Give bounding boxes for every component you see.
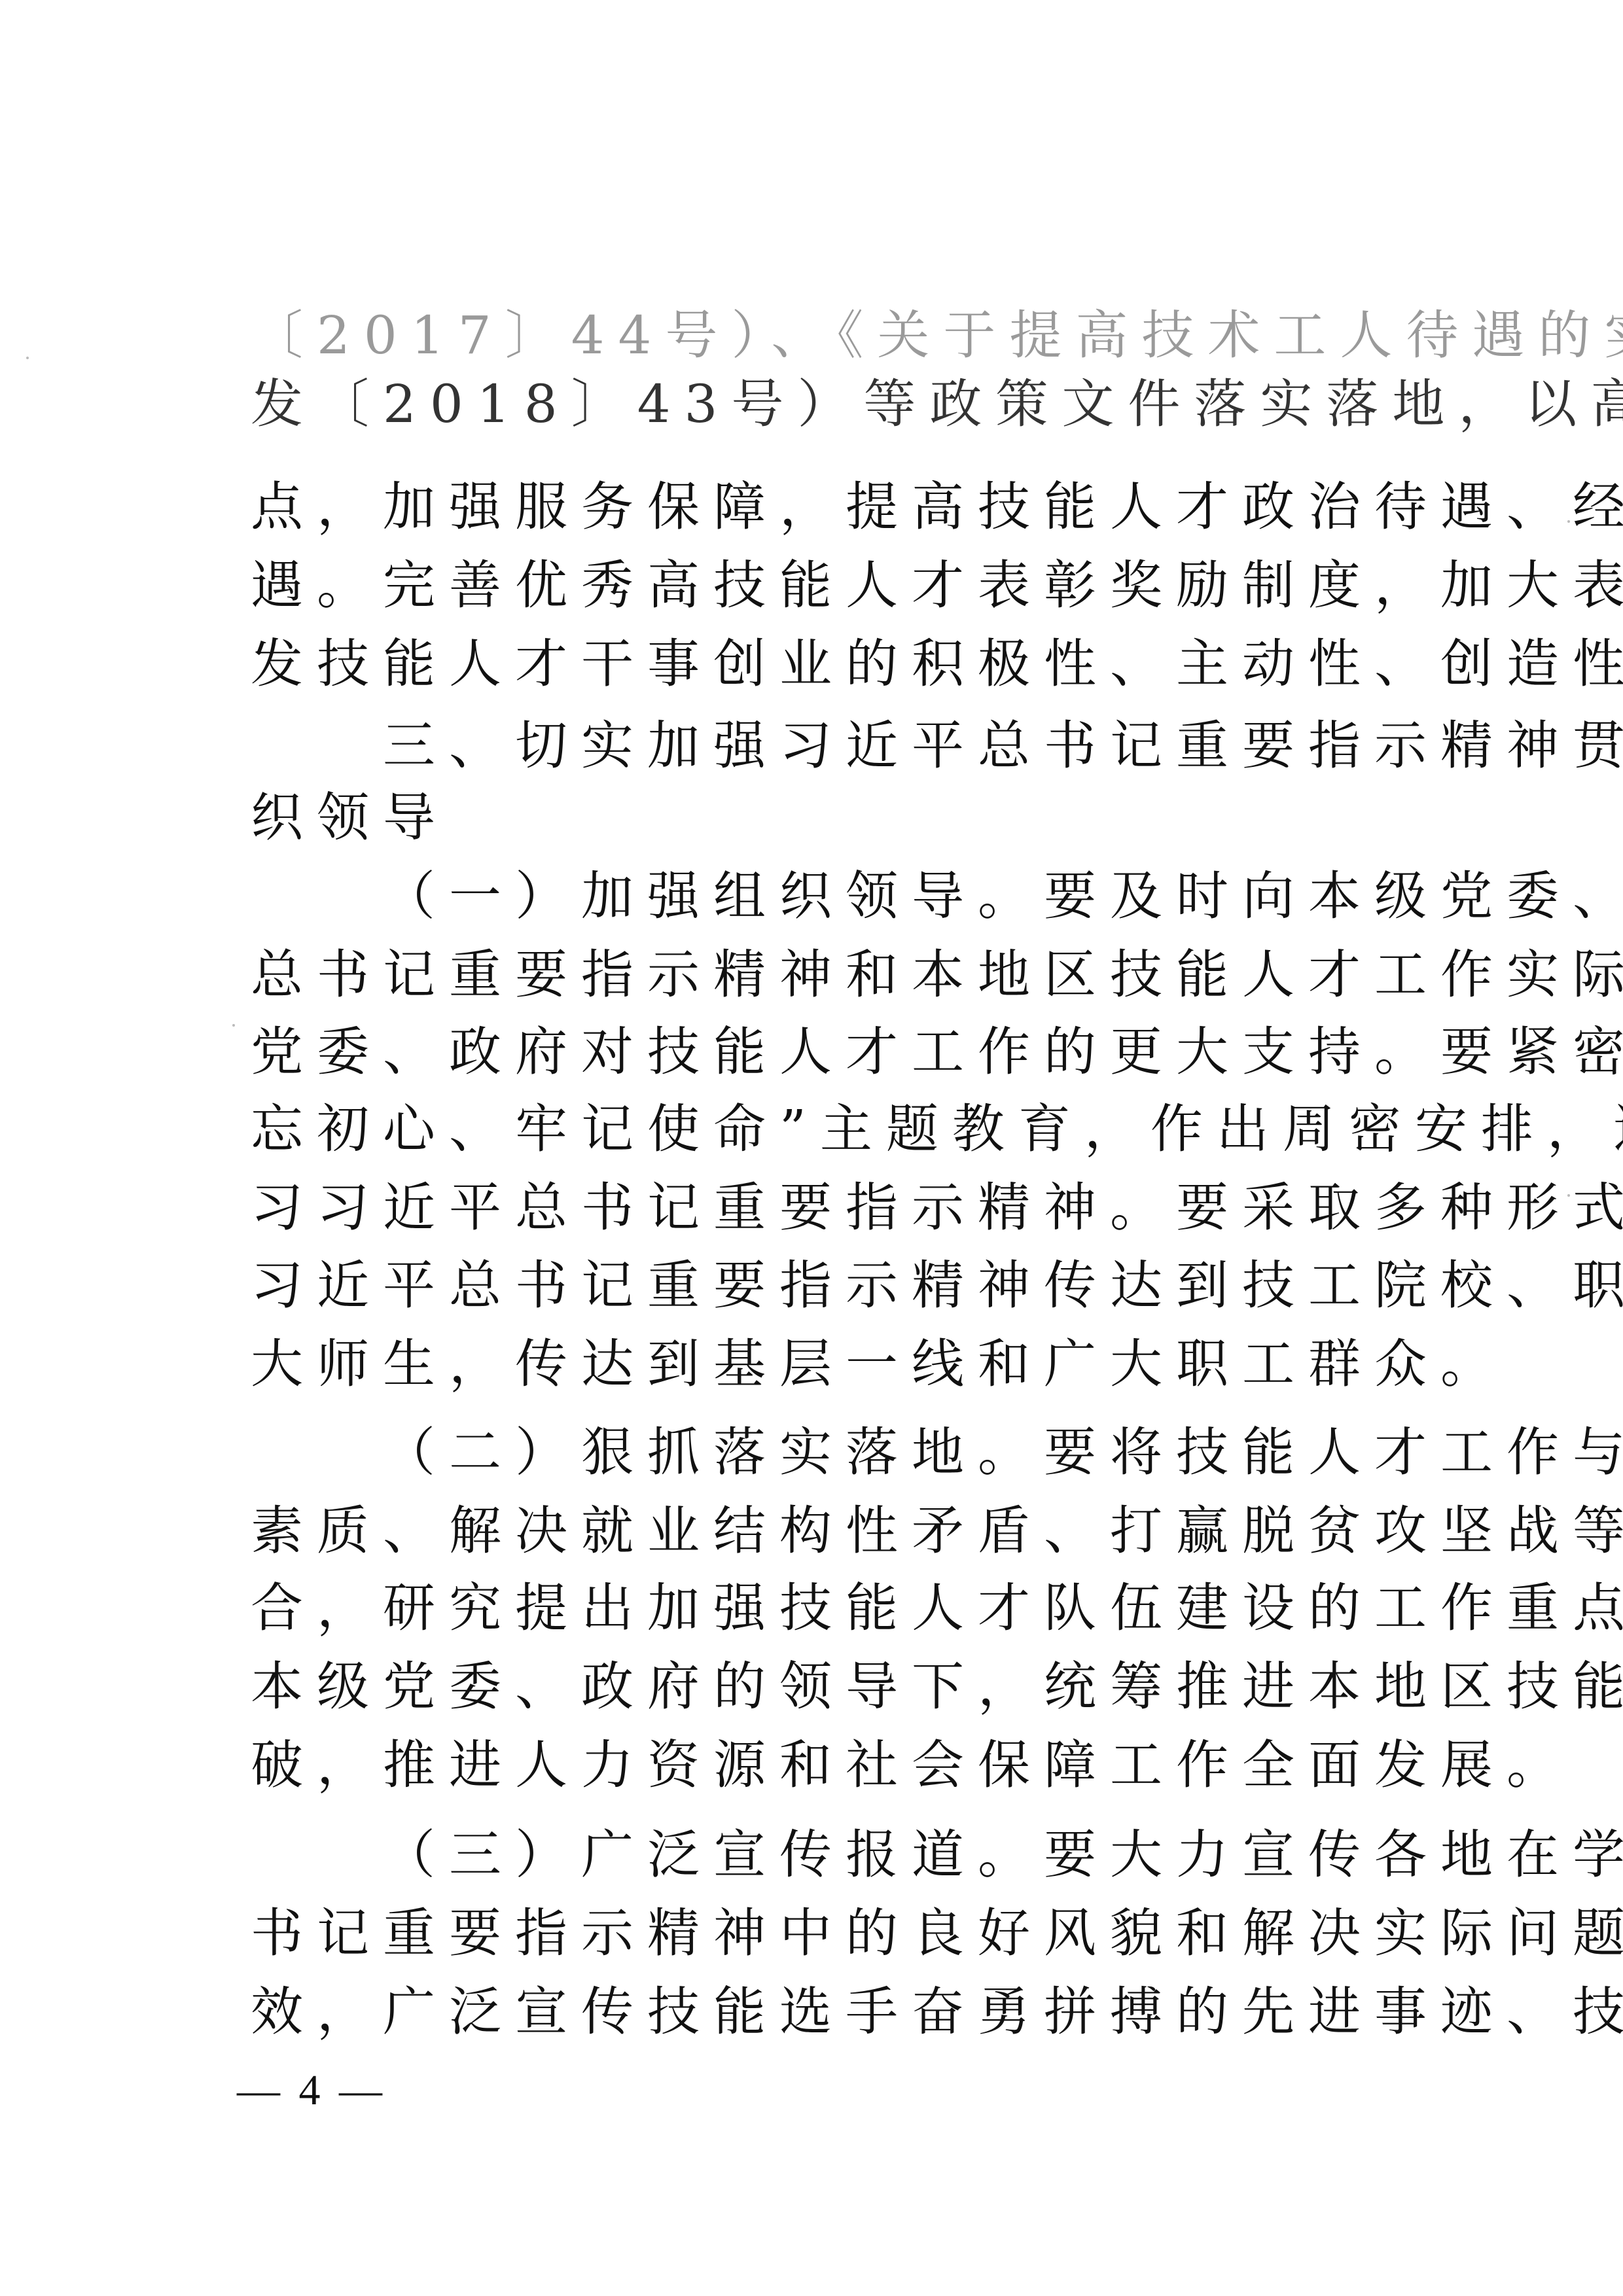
text-line: 〔2017〕44号）、《关于提高技术工人待遇的实施意见》（鄂办 bbox=[251, 303, 1383, 368]
text-line: 破，推进人力资源和社会保障工作全面发展。 bbox=[251, 1733, 1383, 1798]
scan-speck bbox=[232, 1024, 235, 1027]
text-line: 习习近平总书记重要指示精神。要采取多种形式和有效方式，将 bbox=[251, 1175, 1383, 1241]
scan-speck bbox=[26, 357, 29, 359]
text-line: 忘初心、牢记使命”主题教育，作出周密安排，迅速组织传达学 bbox=[251, 1097, 1383, 1162]
text-line: 习近平总书记重要指示精神传达到技工院校、职业培训机构和广 bbox=[251, 1253, 1383, 1318]
scan-speck bbox=[1567, 1194, 1570, 1197]
document-page: 〔2017〕44号）、《关于提高技术工人待遇的实施意见》（鄂办发〔2018〕43… bbox=[0, 0, 1623, 2296]
text-line: 书记重要指示精神中的良好风貌和解决实际问题的新进展新成 bbox=[251, 1901, 1383, 1966]
text-line: 总书记重要指示精神和本地区技能人才工作实际情况，积极争取 bbox=[251, 942, 1383, 1008]
scan-speck bbox=[1567, 520, 1570, 523]
text-line: 党委、政府对技能人才工作的更大支持。要紧密结合第二批“不 bbox=[251, 1019, 1383, 1085]
text-line: 素质、解决就业结构性矛盾、打赢脱贫攻坚战等重点工作紧密结 bbox=[251, 1498, 1383, 1564]
text-line: （三）广泛宣传报道。要大力宣传各地在学习贯彻习近平总 bbox=[383, 1822, 1383, 1888]
text-line: 合，研究提出加强技能人才队伍建设的工作重点、关键举措，在 bbox=[251, 1576, 1383, 1641]
text-line: 三、切实加强习近平总书记重要指示精神贯彻落实工作的组 bbox=[383, 713, 1383, 779]
text-line: 效，广泛宣传技能选手奋勇拼搏的先进事迹、技工教育创新发展 bbox=[251, 1979, 1383, 2045]
page-number: — 4 — bbox=[237, 2061, 386, 2120]
text-line: （二）狠抓落实落地。要将技能人才工作与全面提升劳动者 bbox=[383, 1420, 1383, 1485]
text-line: 大师生，传达到基层一线和广大职工群众。 bbox=[251, 1332, 1383, 1397]
text-line: （一）加强组织领导。要及时向本级党委、政府汇报习近平 bbox=[383, 864, 1383, 929]
text-line: 发〔2018〕43号）等政策文件落实落地，以高技能领军人才为重 bbox=[251, 372, 1383, 437]
text-line: 遇。完善优秀高技能人才表彰奖励制度，加大表彰奖励力度，激 bbox=[251, 553, 1383, 618]
text-line: 点，加强服务保障，提高技能人才政治待遇、经济待遇、社会待 bbox=[251, 474, 1383, 540]
text-line: 织领导 bbox=[251, 785, 1383, 851]
text-line: 本级党委、政府的领导下，统筹推进本地区技能人才工作实现突 bbox=[251, 1654, 1383, 1720]
text-line: 发技能人才干事创业的积极性、主动性、创造性。 bbox=[251, 631, 1383, 697]
